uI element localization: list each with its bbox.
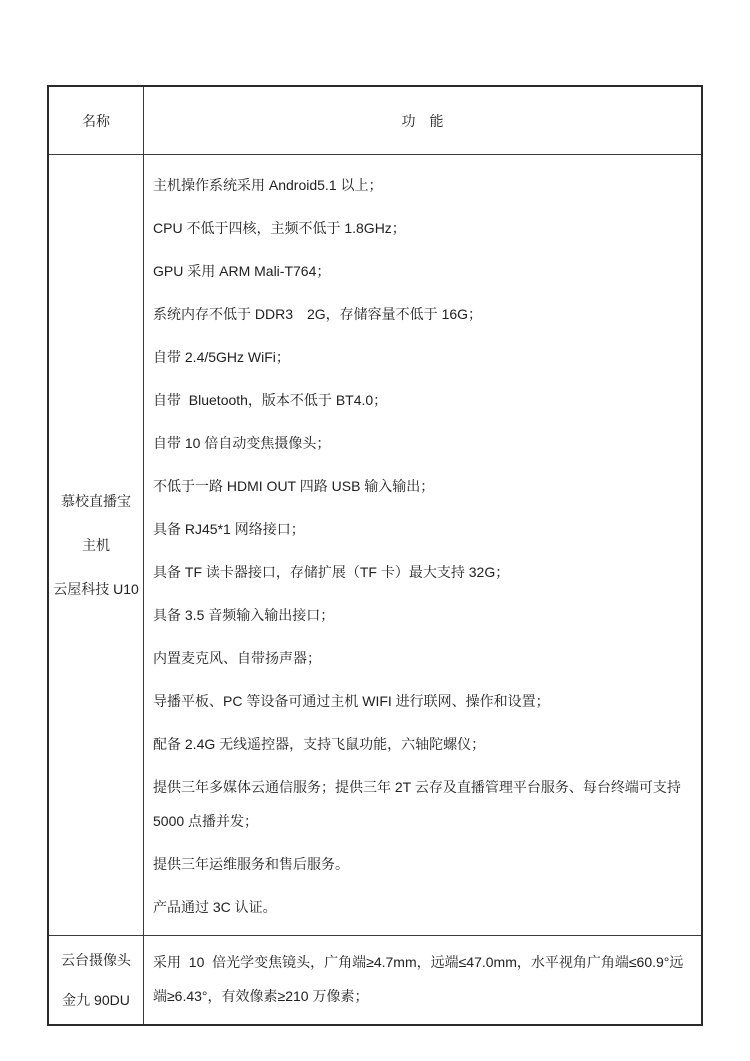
product-name-line: 云屋科技 U10 — [53, 567, 139, 611]
product-name-line: 主机 — [82, 523, 110, 567]
spec-line: 内置麦克风、自带扬声器； — [153, 641, 689, 675]
spec-line: 自带 Bluetooth，版本不低于 BT4.0； — [153, 383, 689, 417]
header-name-cell: 名称 — [49, 87, 144, 154]
camera-product-name-cell: 云台摄像头金九 90DU — [49, 936, 144, 1024]
product-name-line: 慕校直播宝 — [61, 479, 131, 523]
spec-line: 具备 3.5 音频输入输出接口； — [153, 598, 689, 632]
spec-line: 自带 2.4/5GHz WiFi； — [153, 340, 689, 374]
product-name-line: 金九 90DU — [62, 980, 130, 1020]
spec-table: 名称 功 能 慕校直播宝主机云屋科技 U10 主机操作系统采用 Android5… — [47, 85, 703, 1026]
spec-line: 具备 RJ45*1 网络接口； — [153, 512, 689, 546]
header-function-label: 功 能 — [402, 111, 444, 131]
header-name-label: 名称 — [82, 111, 110, 131]
spec-line: 采用 10 倍光学变焦镜头，广角端≥4.7mm，远端≤47.0mm，水平视角广角… — [153, 945, 689, 1013]
spec-line: 具备 TF 读卡器接口，存储扩展（TF 卡）最大支持 32G； — [153, 555, 689, 589]
header-function-cell: 功 能 — [144, 87, 701, 154]
spec-line: 提供三年运维服务和售后服务。 — [153, 847, 689, 881]
spec-line: 产品通过 3C 认证。 — [153, 890, 689, 924]
host-product-name-cell: 慕校直播宝主机云屋科技 U10 — [49, 155, 144, 935]
spec-line: 提供三年多媒体云通信服务；提供三年 2T 云存及直播管理平台服务、每台终端可支持… — [153, 770, 689, 838]
table-row-host: 慕校直播宝主机云屋科技 U10 主机操作系统采用 Android5.1 以上；C… — [49, 154, 701, 935]
camera-function-cell: 采用 10 倍光学变焦镜头，广角端≥4.7mm，远端≤47.0mm，水平视角广角… — [144, 936, 701, 1024]
spec-line: GPU 采用 ARM Mali-T764； — [153, 254, 689, 288]
product-name-line: 云台摄像头 — [61, 940, 131, 980]
table-row-camera: 云台摄像头金九 90DU 采用 10 倍光学变焦镜头，广角端≥4.7mm，远端≤… — [49, 935, 701, 1024]
spec-line: 主机操作系统采用 Android5.1 以上； — [153, 168, 689, 202]
spec-line: CPU 不低于四核，主频不低于 1.8GHz； — [153, 211, 689, 245]
spec-line: 自带 10 倍自动变焦摄像头； — [153, 426, 689, 460]
spec-line: 系统内存不低于 DDR3 2G，存储容量不低于 16G； — [153, 297, 689, 331]
table-header-row: 名称 功 能 — [49, 87, 701, 154]
spec-line: 配备 2.4G 无线遥控器，支持飞鼠功能，六轴陀螺仪； — [153, 727, 689, 761]
host-function-cell: 主机操作系统采用 Android5.1 以上；CPU 不低于四核，主频不低于 1… — [144, 155, 701, 935]
spec-line: 导播平板、PC 等设备可通过主机 WIFI 进行联网、操作和设置； — [153, 684, 689, 718]
spec-line: 不低于一路 HDMI OUT 四路 USB 输入输出； — [153, 469, 689, 503]
